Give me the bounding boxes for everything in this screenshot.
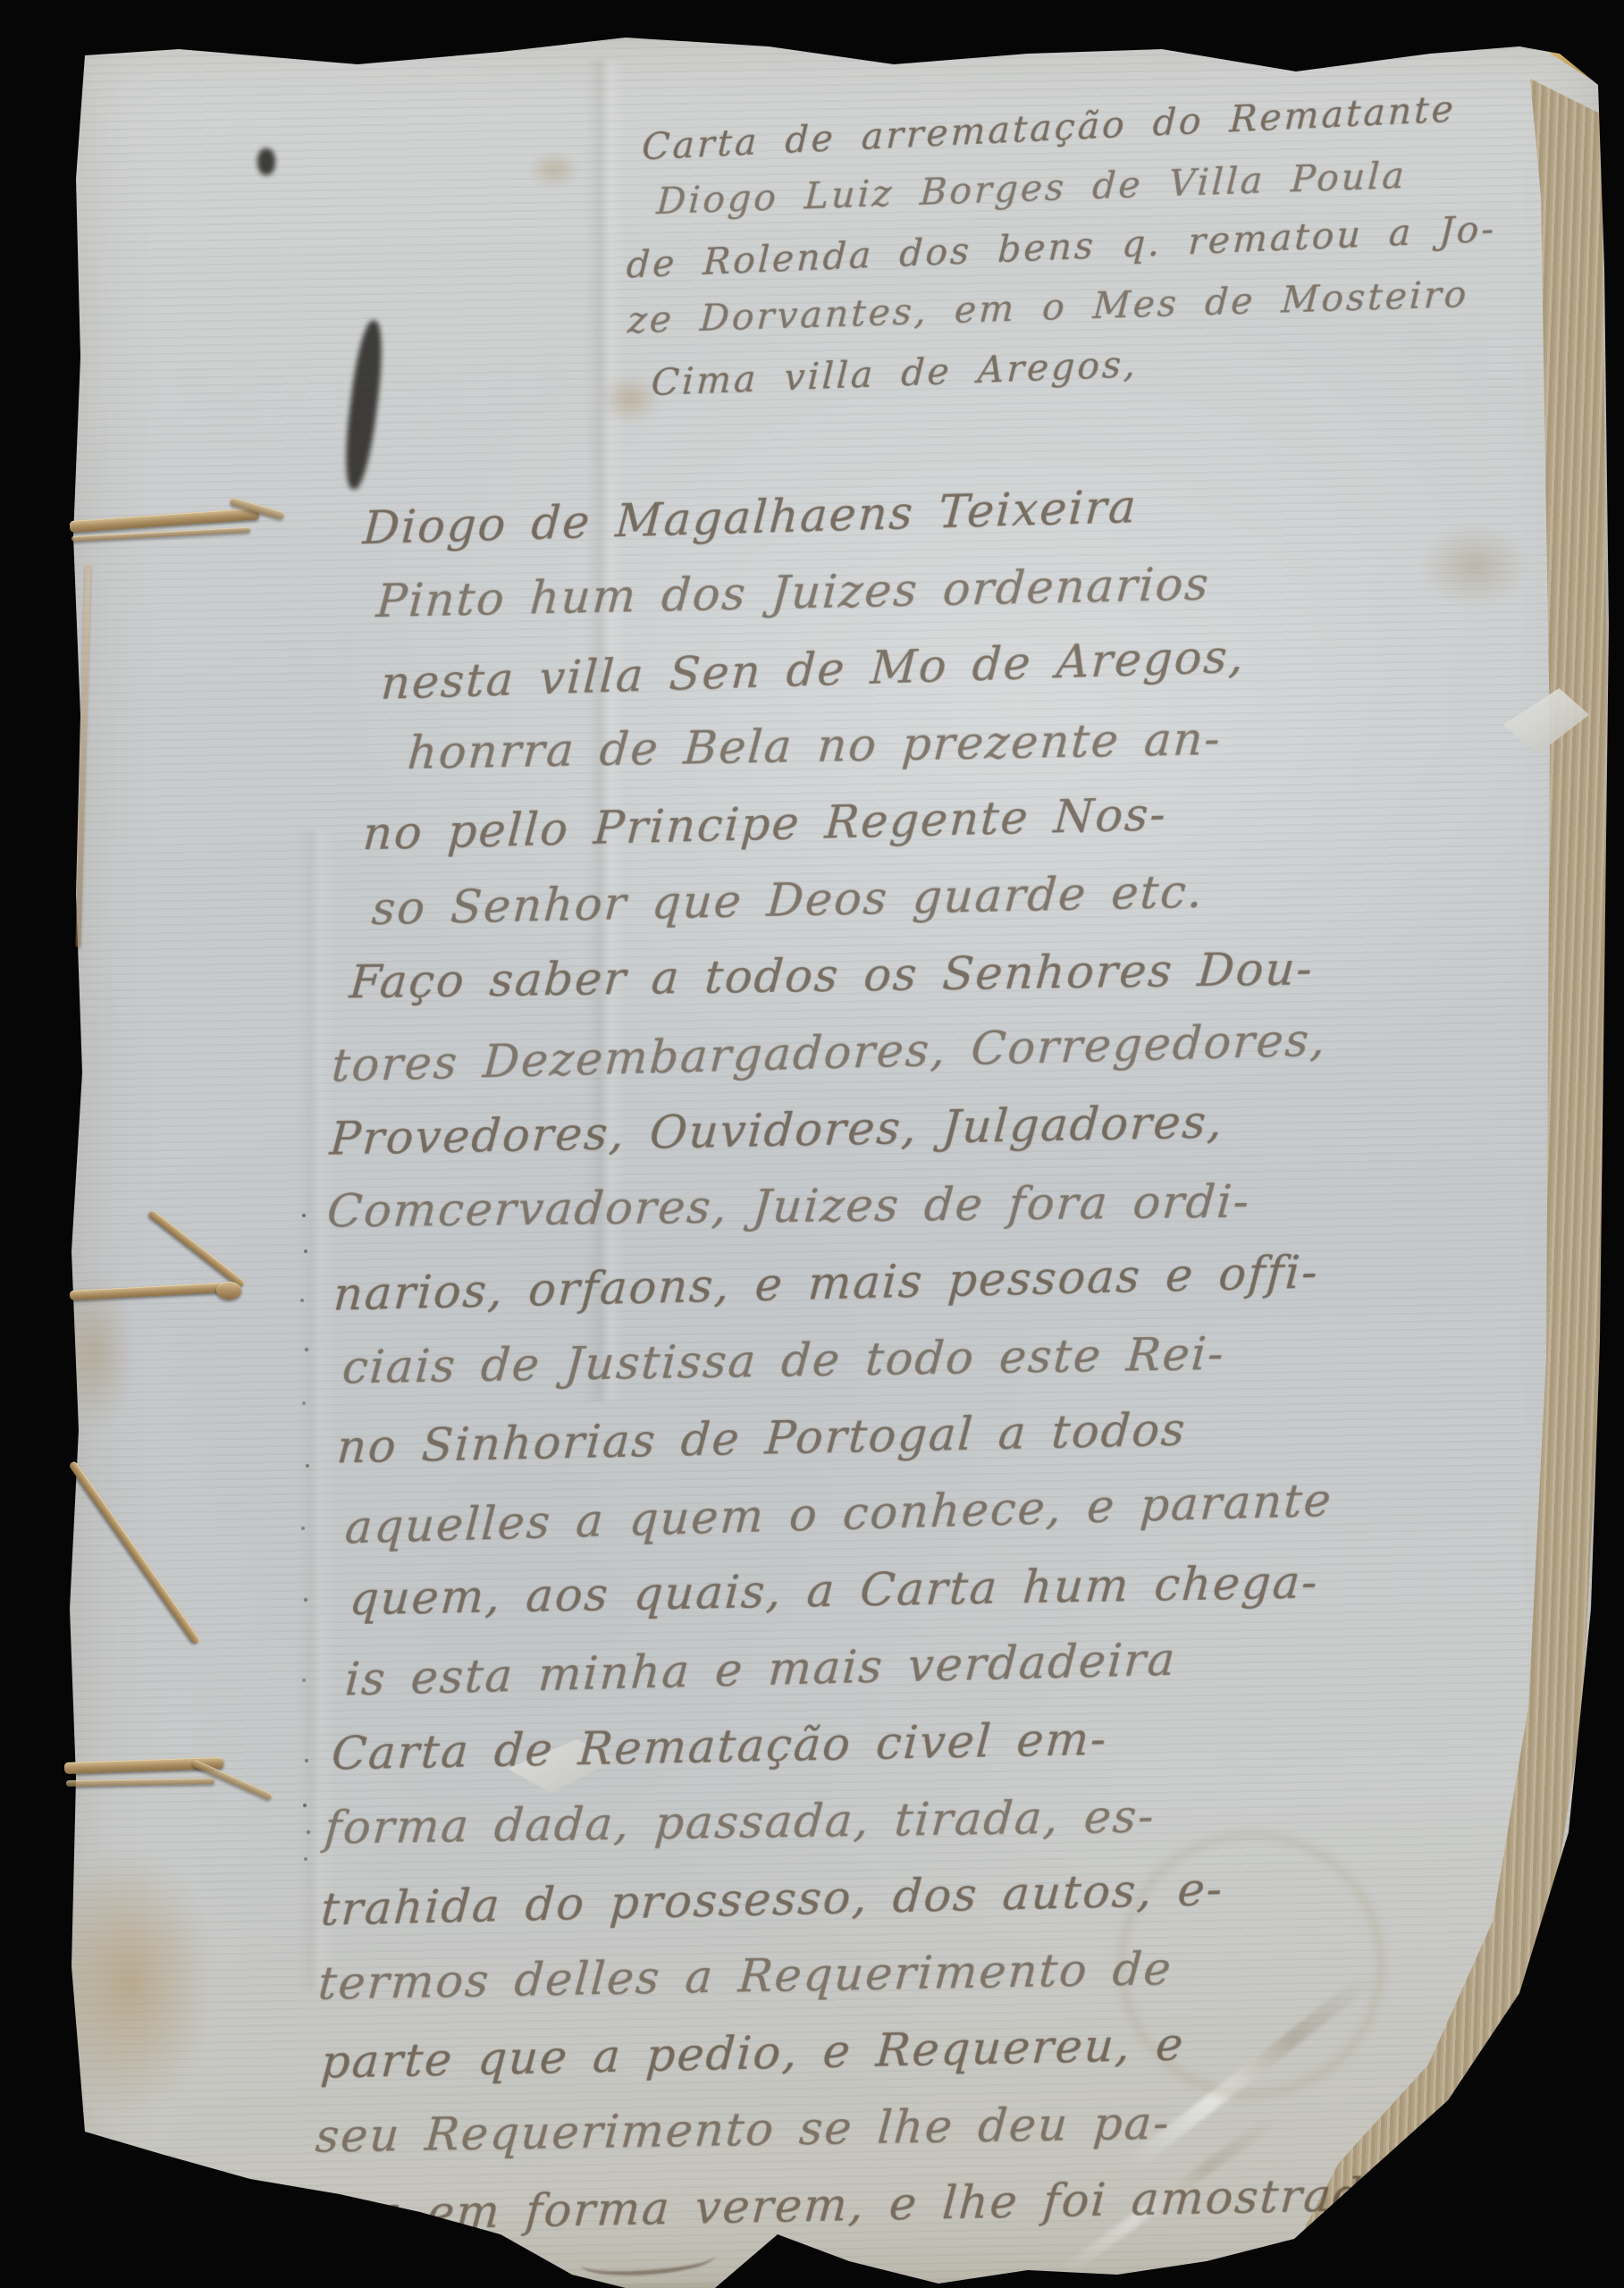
- body-text-block: Diogo de Magalhaens TeixeiraPinto hum do…: [313, 488, 1392, 2256]
- binding-twine-knot: [216, 1282, 241, 1300]
- folded-corner: [1548, 52, 1598, 84]
- header-text-block: Carta de arrematação do RematanteDiogo L…: [623, 97, 1500, 414]
- manuscript-page: Carta de arrematação do RematanteDiogo L…: [63, 25, 1609, 2288]
- deckled-top-edge: [63, 25, 1609, 39]
- foxing-spot: [1421, 526, 1528, 606]
- ink-blot: [257, 148, 275, 175]
- ink-speck-trail: [302, 1214, 306, 1217]
- foxing-spot: [527, 150, 581, 189]
- water-stain: [45, 1848, 215, 2116]
- photo-black-background: Carta de arrematação do RematanteDiogo L…: [0, 0, 1624, 2288]
- ink-smudge: [341, 319, 388, 491]
